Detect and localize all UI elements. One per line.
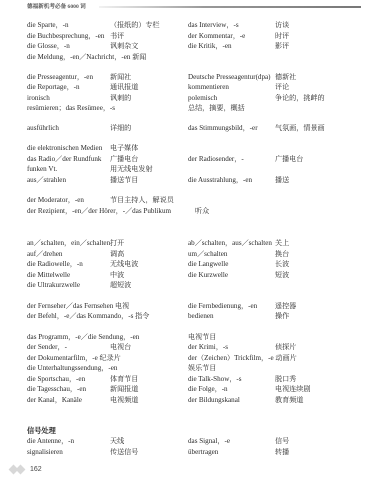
german-term: an／schalten，ein／schalten [27, 238, 110, 248]
german-term: der Sender，- [27, 342, 67, 352]
german-term-2: bedienen [188, 311, 214, 321]
chinese-meaning: 书评 [110, 31, 124, 41]
chinese-meaning-2: 电视连续剧 [275, 384, 310, 394]
chinese-meaning-2: 侦探片 [275, 342, 296, 352]
chinese-meaning-2: 影评 [275, 41, 289, 51]
german-term-2: der（Zeichen）Trickfilm，-e 动画片 [188, 353, 297, 363]
german-term: die Sportschau，-en [27, 374, 85, 384]
chinese-meaning: 天线 [110, 436, 124, 446]
chinese-meaning: 广播电台 [110, 154, 138, 164]
vocab-row: die elektronischen Medien电子媒体 [0, 143, 373, 153]
book-title: 德福新机考必备 6000 词 [27, 2, 86, 10]
chinese-meaning-2: 短波 [275, 270, 289, 280]
chinese-meaning-2: 转播 [275, 447, 289, 457]
german-term-2: das Stimmungsbild，-er [188, 123, 258, 133]
chinese-meaning: 通讯报道 [110, 82, 138, 92]
german-term: das Programm，-e／die Sendung，-en [27, 332, 139, 342]
chinese-meaning-2: 气氛画，情景画 [275, 123, 325, 133]
vocab-row: ironisch讽刺的polemisch争论的，挑衅的 [0, 93, 373, 103]
vocab-row: das Programm，-e／die Sendung，-en电视节目 [0, 332, 373, 342]
german-term: das Radio／der Rundfunk [27, 154, 101, 164]
german-term: ausführlich [27, 123, 59, 133]
chinese-meaning-2: 播送 [275, 175, 289, 185]
vocab-row: die Ultrakurzwelle超短波 [0, 280, 373, 290]
vocab-row: die Sparte，-n（报纸的）专栏das Interview，-s访谈 [0, 20, 373, 30]
chinese-meaning: 超短波 [110, 280, 131, 290]
german-term: die Reportage，-n [27, 82, 80, 92]
german-term: die Radiowelle，-n [27, 259, 83, 269]
vocab-row: die Radiowelle，-n无线电波die Langwelle长波 [0, 259, 373, 269]
chinese-meaning-2: 操作 [275, 311, 289, 321]
german-term: der Moderator，-en [27, 195, 84, 205]
chinese-meaning-2: 评论 [275, 82, 289, 92]
section-heading: 信号处理 [27, 426, 56, 436]
german-term: ironisch [27, 93, 50, 103]
german-term: die Presseagentur，-en [27, 72, 93, 82]
german-term: der Kanal，Kanäle [27, 395, 82, 405]
vocab-row: die Presseagentur，-en新闻社Deutsche Pressea… [0, 72, 373, 82]
german-term-2: 电视节目 [188, 332, 216, 342]
german-term: die Ultrakurzwelle [27, 280, 80, 290]
vocab-row: die Meldung，-en／Nachricht，-en 新闻 [0, 52, 373, 62]
german-term-2: 总结，摘要，概括 [188, 103, 245, 113]
german-term: die Meldung，-en／Nachricht，-en 新闻 [27, 52, 146, 62]
german-term: resümieren；das Resümee，-s [27, 103, 115, 113]
german-term-2: ab／schalten，aus／schalten [188, 238, 272, 248]
german-term-2: 娱乐节目 [188, 363, 216, 373]
chinese-meaning: 电子媒体 [110, 143, 138, 153]
page-number: 162 [30, 464, 42, 476]
german-term: die Antenne，-n [27, 436, 74, 446]
chinese-meaning: 传送信号 [110, 447, 138, 457]
chinese-meaning-2: 脱口秀 [275, 374, 296, 384]
vocab-row: die Unterhaltungssendung，-en娱乐节目 [0, 363, 373, 373]
vocab-row: signalisieren传送信号übertragen转播 [0, 447, 373, 457]
chinese-meaning-2: 教育频道 [275, 395, 303, 405]
german-term: der Befehl，-e／das Kommando，-s 指令 [27, 311, 149, 321]
german-term-2: die Fernbedienung，-en [188, 301, 257, 311]
german-term: aus／strahlen [27, 175, 66, 185]
german-term-2: das Interview，-s [188, 20, 239, 30]
vocab-row: die Glosse，-n讽刺杂文die Kritik，-en影评 [0, 41, 373, 51]
german-term: die Sparte，-n [27, 20, 69, 30]
chinese-meaning: 节目主持人，解说员 [110, 195, 174, 205]
vocab-row: ausführlich详细的das Stimmungsbild，-er气氛画，情… [0, 123, 373, 133]
vocab-row: der Rezipient，-en／der Hörer，-／das Publik… [0, 206, 373, 216]
chinese-meaning: 用无线电发射 [110, 164, 153, 174]
chinese-meaning: 播送节目 [110, 175, 138, 185]
vocab-row: der Fernseher／das Fernsehen 电视die Fernbe… [0, 301, 373, 311]
vocab-row: auf／drehen调高um／schalten换台 [0, 249, 373, 259]
german-term-2: der Bildungskanal [188, 395, 240, 405]
vocab-row: die Buchbesprechung，-en书评der Kommentar，-… [0, 31, 373, 41]
chinese-meaning: 电视台 [110, 342, 131, 352]
running-header: 德福新机考必备 6000 词 [27, 2, 347, 12]
vocab-row: der Befehl，-e／das Kommando，-s 指令bedienen… [0, 311, 373, 321]
diamond-ornament-icon [9, 465, 27, 475]
chinese-meaning-2: 访谈 [275, 20, 289, 30]
vocab-row: die Tagesschau，-en新闻报道die Folge，-n电视连续剧 [0, 384, 373, 394]
chinese-meaning: 讽刺杂文 [110, 41, 138, 51]
vocab-row: an／schalten，ein／schalten打开ab／schalten，au… [0, 238, 373, 248]
german-term: der Fernseher／das Fernsehen 电视 [27, 301, 129, 311]
vocab-row: resümieren；das Resümee，-s总结，摘要，概括 [0, 103, 373, 113]
german-term-2: die Langwelle [188, 259, 228, 269]
vocab-row: der Sender，-电视台der Krimi，-s侦探片 [0, 342, 373, 352]
german-term-2: die Talk-Show，-s [188, 374, 242, 384]
chinese-meaning-2: 广播电台 [275, 154, 303, 164]
german-term-2: Deutsche Presseagentur(dpa) [188, 72, 271, 82]
german-term-2: die Kritik，-en [188, 41, 232, 51]
chinese-meaning: 调高 [110, 249, 124, 259]
german-term: die Glosse，-n [27, 41, 70, 51]
german-term: die Unterhaltungssendung，-en [27, 363, 117, 373]
header-rule [99, 6, 361, 8]
vocab-row: aus／strahlen播送节目die Ausstrahlung，-en播送 [0, 175, 373, 185]
german-term-2: polemisch [188, 93, 217, 103]
german-term-2: die Folge，-n [188, 384, 228, 394]
vocab-row: der Kanal，Kanäle电视频道der Bildungskanal教育频… [0, 395, 373, 405]
chinese-meaning-2: 长波 [275, 259, 289, 269]
german-term: der Rezipient，-en／der Hörer，-／das Publik… [27, 206, 171, 216]
vocab-row: die Reportage，-n通讯报道kommentieren评论 [0, 82, 373, 92]
german-term-2: die Kurzwelle [188, 270, 228, 280]
chinese-meaning: 新闻报道 [110, 384, 138, 394]
german-term-2: der Radiosender，- [188, 154, 244, 164]
german-term: der Dokumentarfilm，-e 纪录片 [27, 353, 121, 363]
chinese-meaning-2: 听众 [195, 206, 209, 216]
vocab-row: die Antenne，-n天线das Signal，-e信号 [0, 436, 373, 446]
german-term: funken Vt. [27, 164, 57, 174]
german-term: signalisieren [27, 447, 63, 457]
german-term: die elektronischen Medien [27, 143, 102, 153]
chinese-meaning-2: 争论的，挑衅的 [275, 93, 325, 103]
chinese-meaning: 新闻社 [110, 72, 131, 82]
chinese-meaning-2: 时评 [275, 31, 289, 41]
german-term-2: um／schalten [188, 249, 227, 259]
chinese-meaning-2: 换台 [275, 249, 289, 259]
chinese-meaning: 打开 [110, 238, 124, 248]
german-term-2: der Kommentar，-e [188, 31, 245, 41]
german-term-2: die Ausstrahlung，-en [188, 175, 252, 185]
vocab-row: der Dokumentarfilm，-e 纪录片der（Zeichen）Tri… [0, 353, 373, 363]
chinese-meaning: 中波 [110, 270, 124, 280]
vocab-row: die Mittelwelle中波die Kurzwelle短波 [0, 270, 373, 280]
german-term: die Mittelwelle [27, 270, 70, 280]
chinese-meaning-2: 信号 [275, 436, 289, 446]
german-term-2: kommentieren [188, 82, 229, 92]
vocab-row: die Sportschau，-en体育节目die Talk-Show，-s脱口… [0, 374, 373, 384]
vocab-row: funken Vt.用无线电发射 [0, 164, 373, 174]
chinese-meaning: 电视频道 [110, 395, 138, 405]
chinese-meaning: 讽刺的 [110, 93, 131, 103]
chinese-meaning-2: 遥控器 [275, 301, 296, 311]
chinese-meaning: 无线电波 [110, 259, 138, 269]
german-term-2: das Signal，-e [188, 436, 230, 446]
german-term-2: übertragen [188, 447, 218, 457]
chinese-meaning: 详细的 [110, 123, 131, 133]
vocab-row: das Radio／der Rundfunk广播电台der Radiosende… [0, 154, 373, 164]
chinese-meaning-2: 德新社 [275, 72, 296, 82]
vocab-row: der Moderator，-en节目主持人，解说员 [0, 195, 373, 205]
chinese-meaning: 体育节目 [110, 374, 138, 384]
german-term: auf／drehen [27, 249, 62, 259]
chinese-meaning-2: 关上 [275, 238, 289, 248]
german-term: die Tagesschau，-en [27, 384, 86, 394]
chinese-meaning: （报纸的）专栏 [110, 20, 160, 30]
german-term-2: der Krimi，-s [188, 342, 228, 352]
german-term: die Buchbesprechung，-en [27, 31, 104, 41]
